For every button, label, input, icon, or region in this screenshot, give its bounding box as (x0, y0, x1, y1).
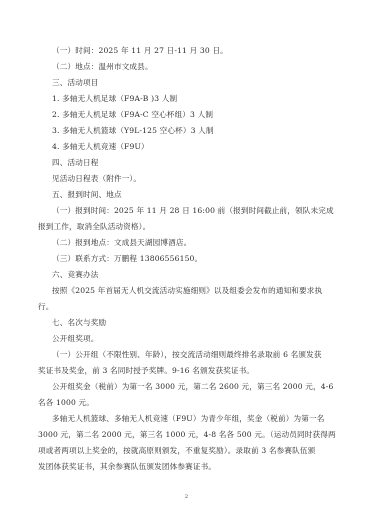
youth-group-prize-line-cont-1: 3000 元，第二名 2000 元，第三名 1000 元，4-8 名各 500 … (38, 427, 334, 443)
open-group-awards-line-cont: 奖证书及奖金，前 3 名同时授予奖牌。9-16 名颁发获奖证书。 (38, 363, 334, 379)
document-body: （一）时间：2025 年 11 月 27 日-11 月 30 日。 （二）地点：… (38, 43, 334, 475)
section-heading-rules: 六、竞赛办法 (38, 267, 334, 283)
section-heading-schedule: 四、活动日程 (38, 155, 334, 171)
youth-group-prize-line-cont-2: 项或者两项以上奖金的，按就高原则颁发，不重复奖励）。录取前 3 名参赛队伍颁 (38, 443, 334, 459)
section-heading-awards: 七、名次与奖励 (38, 315, 334, 331)
open-group-awards-line: （一）公开组（不限性别、年龄），按交流活动细则最终排名录取前 6 名颁发获 (38, 347, 334, 363)
registration-time-line-cont: 报到工作，取消全队活动资格）。 (38, 219, 334, 235)
open-group-prize-line-cont: 名各 1000 元。 (38, 395, 334, 411)
rules-line-cont: 行。 (38, 299, 334, 315)
activity-item-1: 1. 多轴无人机足球（F9A-B )3 人制 (38, 91, 334, 107)
event-location-line: （二）地点：温州市文成县。 (38, 59, 334, 75)
section-heading-activities: 三、活动项目 (38, 75, 334, 91)
youth-group-prize-line-cont-3: 发团体获奖证书，其余参赛队伍颁发团体参赛证书。 (38, 459, 334, 475)
activity-item-2: 2. 多轴无人机足球（F9A-C 空心杯组）3 人制 (38, 107, 334, 123)
open-group-prize-line: 公开组奖金（税前）为第一名 3000 元，第二名 2600 元，第三名 2000… (38, 379, 334, 395)
registration-time-line: （一）报到时间：2025 年 11 月 28 日 16:00 前（报到时间截止前… (38, 203, 334, 219)
page-number: 2 (0, 494, 373, 500)
youth-group-prize-line: 多轴无人机篮球、多轴无人机竞速（F9U）为青少年组，奖金（税前）为第一名 (38, 411, 334, 427)
section-heading-registration: 五、报到时间、地点 (38, 187, 334, 203)
event-time-line: （一）时间：2025 年 11 月 27 日-11 月 30 日。 (38, 43, 334, 59)
activity-item-4: 4. 多轴无人机竞速（F9U） (38, 139, 334, 155)
registration-location-line: （二）报到地点：文成县天湖园博酒店。 (38, 235, 334, 251)
open-group-awards-heading: 公开组奖项。 (38, 331, 334, 347)
schedule-reference-line: 见活动日程表（附件一）。 (38, 171, 334, 187)
document-page: （一）时间：2025 年 11 月 27 日-11 月 30 日。 （二）地点：… (0, 0, 373, 532)
activity-item-3: 3. 多轴无人机篮球（Y9L-125 空心杯）3 人制 (38, 123, 334, 139)
contact-line: （三）联系方式：万鹏程 13806556150。 (38, 251, 334, 267)
rules-line: 按照《2025 年首届无人机交流活动实施细则》以及组委会发布的通知和要求执 (38, 283, 334, 299)
